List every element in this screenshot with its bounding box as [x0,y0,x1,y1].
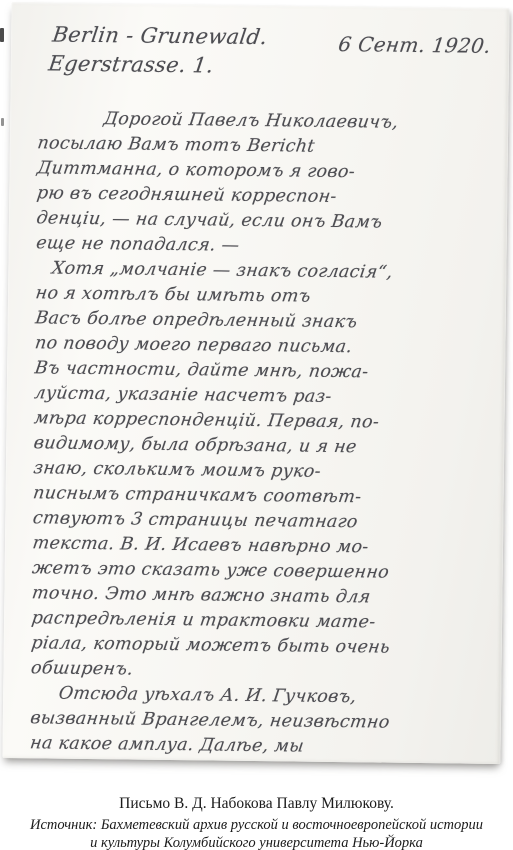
letter-address: Berlin - Grunewald. Egerstrasse. 1. [47,21,269,82]
caption-source: Источник: Бахметевский архив русской и в… [0,817,513,850]
caption-source-line-1: Источник: Бахметевский архив русской и в… [0,817,513,835]
scanned-document-page: Berlin - Grunewald. Egerstrasse. 1. 6 Се… [0,0,513,850]
address-line-city: Berlin - Grunewald. [51,21,270,53]
letter-body: Дорогой Павелъ Николаевичъ, посылаю Вамъ… [28,106,502,762]
scan-artifact [1,118,4,126]
letter-date: 6 Сент. 1920. [337,32,492,58]
letter-heading: Berlin - Grunewald. Egerstrasse. 1. 6 Се… [47,20,496,83]
handwritten-line: на какое амплуа. Далѣе, мы [28,731,497,762]
figure-caption: Письмо В. Д. Набокова Павлу Милюкову. Ис… [0,794,513,850]
address-line-street: Egerstrasse. 1. [47,49,266,81]
caption-source-line-2: и культуры Колумбийского университета Нь… [0,835,513,850]
letter-scan-paper: Berlin - Grunewald. Egerstrasse. 1. 6 Се… [2,2,509,764]
scan-artifact [0,28,4,42]
caption-title: Письмо В. Д. Набокова Павлу Милюкову. [0,794,513,813]
